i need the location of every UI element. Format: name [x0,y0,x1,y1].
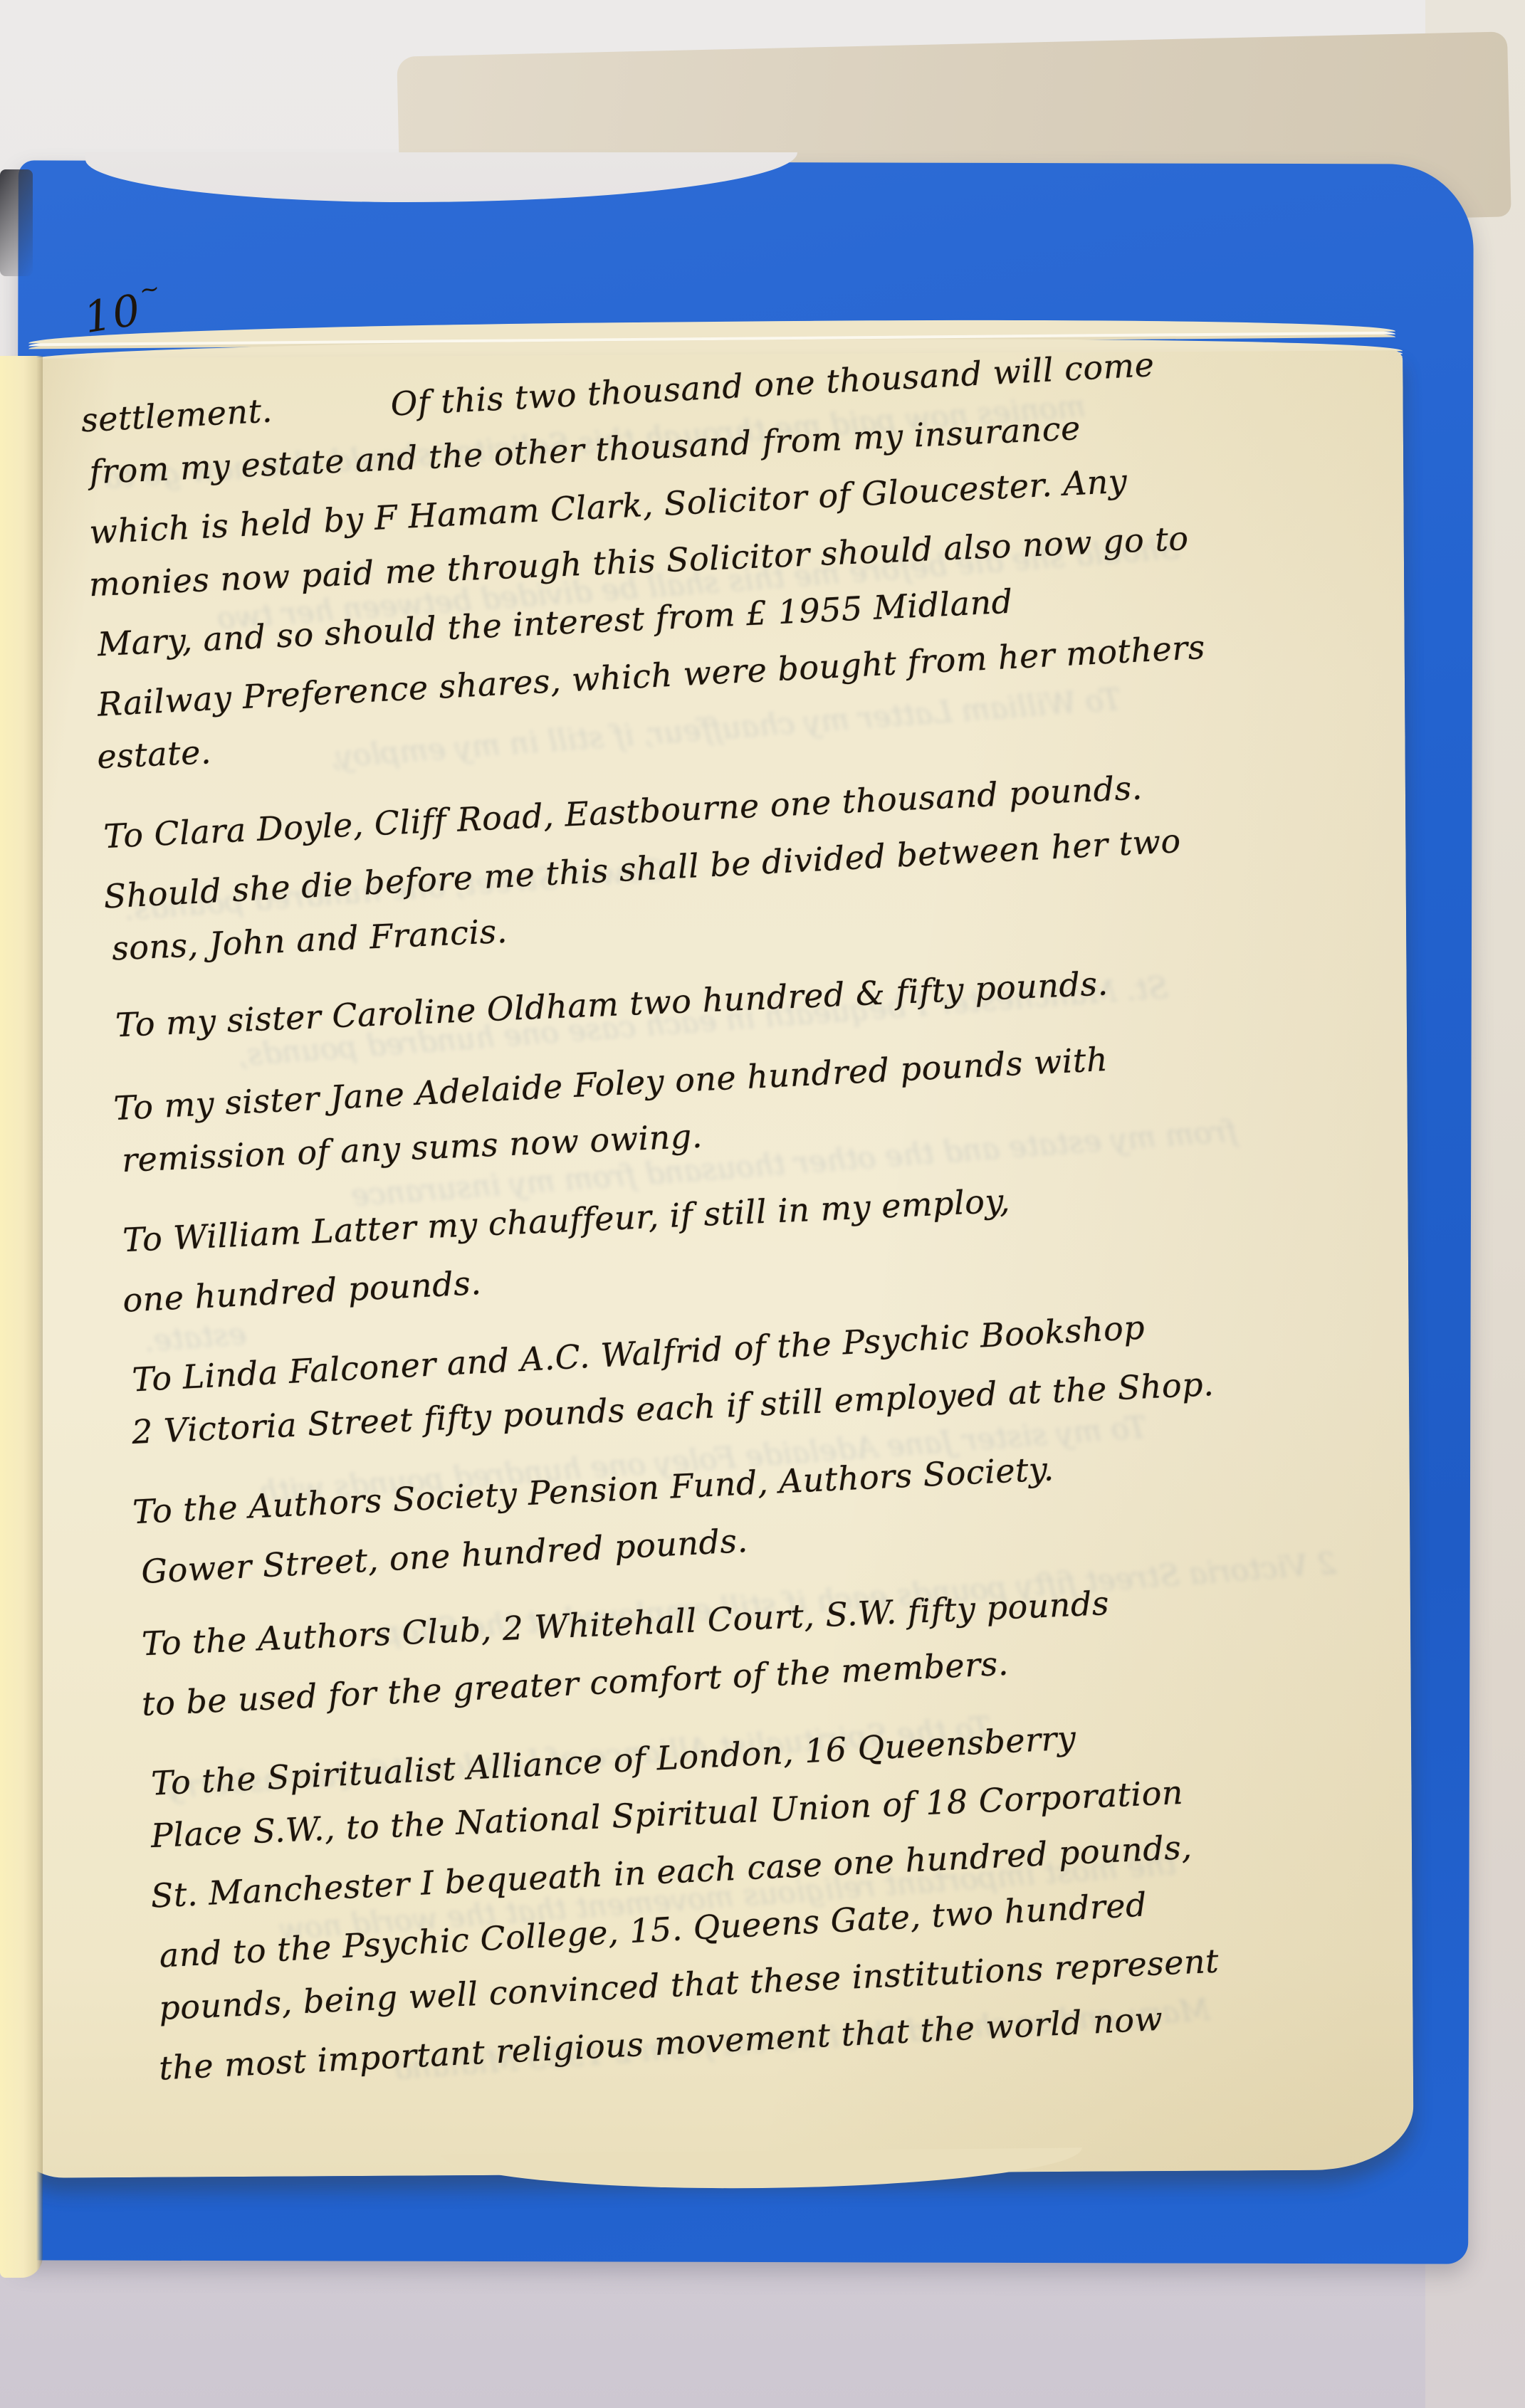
paragraph: settlement. Of this two thousand one tho… [80,328,1385,787]
paragraph: To Clara Doyle, Cliff Road, Eastbourne o… [100,747,1395,979]
corner-shadow [0,169,33,276]
handwriting-content: settlement. Of this two thousand one tho… [80,328,1448,2117]
photograph-of-handwritten-will: { "document": { "page_number": "10", "pa… [0,0,1525,2408]
page-curl-edge [0,356,43,2278]
page-number-mark: ~ [137,274,163,305]
paragraph: To the Spiritualist Alliance of London, … [144,1693,1447,2096]
